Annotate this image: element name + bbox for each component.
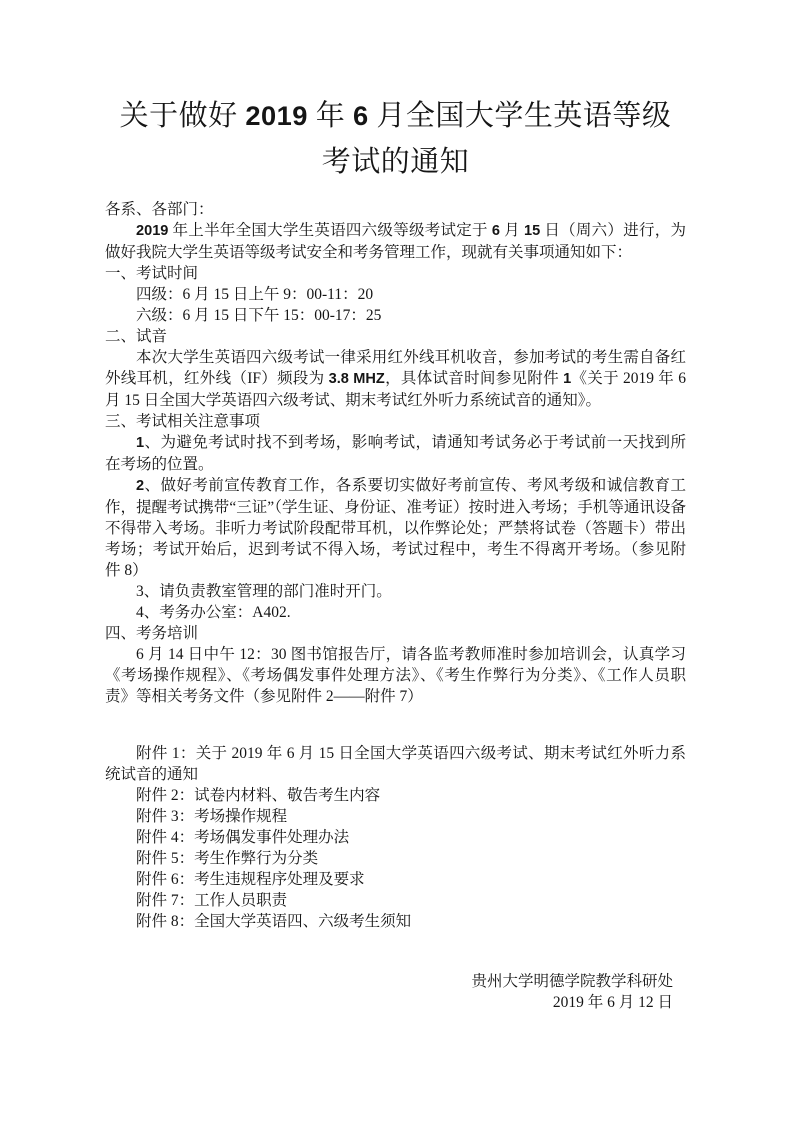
text-run: 月全国大学生英语等级 — [369, 100, 672, 132]
attachment-2: 附件 2：试卷内材料、敬告考生内容 — [105, 785, 686, 806]
numeric-text-run: 2019 — [245, 100, 308, 131]
intro-paragraph: 2019 年上半年全国大学生英语四六级等级考试定于 6 月 15 日（周六）进行… — [105, 220, 686, 263]
exam-time-cet6: 六级：6 月 15 日下午 15：00-17：25 — [105, 305, 686, 326]
text-run: 四级：6 月 15 日上午 9：00-11：20 — [136, 286, 373, 303]
note-item-2: 2、做好考前宣传教育工作，各系要切实做好考前宣传、考风考级和诚信教育工作，提醒考… — [105, 475, 686, 581]
text-run: 三、考试相关注意事项 — [105, 413, 260, 430]
text-run: 考试的通知 — [322, 146, 470, 178]
section-3-heading: 三、考试相关注意事项 — [105, 411, 686, 432]
exam-time-cet4: 四级：6 月 15 日上午 9：00-11：20 — [105, 284, 686, 305]
text-run: 年上半年全国大学生英语四六级等级考试定于 — [168, 222, 491, 239]
numeric-text-run: 2 — [136, 478, 144, 494]
numeric-text-run: 3.8 MHZ — [329, 371, 385, 387]
attachment-4: 附件 4：考场偶发事件处理办法 — [105, 827, 686, 848]
numeric-text-run: 6 — [492, 223, 500, 239]
text-run: 年 — [308, 100, 353, 132]
section-2-heading: 二、试音 — [105, 326, 686, 347]
document-title: 关于做好 2019 年 6 月全国大学生英语等级考试的通知 — [105, 93, 686, 185]
signature-org: 贵州大学明德学院教学科研处 — [105, 971, 673, 992]
text-run: 四、考务培训 — [105, 625, 198, 642]
text-run: 3、请负责教室管理的部门准时开门。 — [136, 583, 392, 600]
text-run: 一、考试时间 — [105, 265, 198, 282]
attachment-8: 附件 8：全国大学英语四、六级考生须知 — [105, 911, 686, 932]
text-run: 月 — [500, 222, 524, 239]
note-item-3: 3、请负责教室管理的部门准时开门。 — [105, 581, 686, 602]
audio-test-paragraph: 本次大学生英语四六级考试一律采用红外线耳机收音，参加考试的考生需自备红外线耳机，… — [105, 347, 686, 411]
numeric-text-run: 15 — [524, 223, 540, 239]
text-run: 各系、各部门： — [105, 201, 214, 218]
document-title-line: 关于做好 2019 年 6 月全国大学生英语等级 — [105, 93, 686, 139]
text-run: 六级：6 月 15 日下午 15：00-17：25 — [136, 307, 381, 324]
text-run: 附件 7：工作人员职责 — [136, 892, 287, 909]
attachment-5: 附件 5：考生作弊行为分类 — [105, 848, 686, 869]
document-title-line: 考试的通知 — [105, 139, 686, 185]
text-run: 附件 5：考生作弊行为分类 — [136, 850, 318, 867]
text-run: 附件 2：试卷内材料、敬告考生内容 — [136, 787, 380, 804]
note-item-1: 1、为避免考试时找不到考场，影响考试，请通知考试务必于考试前一天找到所在考场的位… — [105, 432, 686, 475]
spacer-before-attachments — [105, 707, 686, 743]
attachment-3: 附件 3：考场操作规程 — [105, 806, 686, 827]
numeric-text-run: 2019 — [136, 223, 168, 239]
numeric-text-run: 1 — [136, 435, 144, 451]
text-run: 关于做好 — [120, 100, 246, 132]
attachment-1: 附件 1：关于 2019 年 6 月 15 日全国大学英语四六级考试、期末考试红… — [105, 743, 686, 785]
text-run: 附件 8：全国大学英语四、六级考生须知 — [136, 913, 411, 930]
attachment-7: 附件 7：工作人员职责 — [105, 890, 686, 911]
document-body: 各系、各部门：2019 年上半年全国大学生英语四六级等级考试定于 6 月 15 … — [105, 199, 686, 932]
text-run: 附件 3：考场操作规程 — [136, 808, 287, 825]
attachment-6: 附件 6：考生违规程序处理及要求 — [105, 869, 686, 890]
document-page: 关于做好 2019 年 6 月全国大学生英语等级考试的通知 各系、各部门：201… — [0, 0, 793, 1122]
salutation: 各系、各部门： — [105, 199, 686, 220]
text-run: 二、试音 — [105, 328, 167, 345]
text-run: 6 月 14 日中午 12：30 图书馆报告厅，请各监考教师准时参加培训会，认真… — [105, 646, 686, 705]
numeric-text-run: 1 — [563, 371, 571, 387]
section-1-heading: 一、考试时间 — [105, 263, 686, 284]
text-run: ，具体试音时间参见附件 — [385, 370, 563, 387]
text-run: 4、考务办公室：A402. — [136, 604, 291, 621]
text-run: 、做好考前宣传教育工作，各系要切实做好考前宣传、考风考级和诚信教育工作，提醒考试… — [105, 477, 686, 579]
text-run: 、为避免考试时找不到考场，影响考试，请通知考试务必于考试前一天找到所在考场的位置… — [105, 434, 686, 473]
note-item-4: 4、考务办公室：A402. — [105, 602, 686, 623]
text-run: 附件 6：考生违规程序处理及要求 — [136, 871, 365, 888]
signature-date: 2019 年 6 月 12 日 — [105, 992, 673, 1013]
text-run: 附件 1：关于 2019 年 6 月 15 日全国大学英语四六级考试、期末考试红… — [105, 745, 686, 783]
numeric-text-run: 6 — [353, 100, 369, 131]
section-4-heading: 四、考务培训 — [105, 623, 686, 644]
training-paragraph: 6 月 14 日中午 12：30 图书馆报告厅，请各监考教师准时参加培训会，认真… — [105, 644, 686, 707]
signature-block: 贵州大学明德学院教学科研处 2019 年 6 月 12 日 — [105, 971, 686, 1013]
text-run: 附件 4：考场偶发事件处理办法 — [136, 829, 349, 846]
